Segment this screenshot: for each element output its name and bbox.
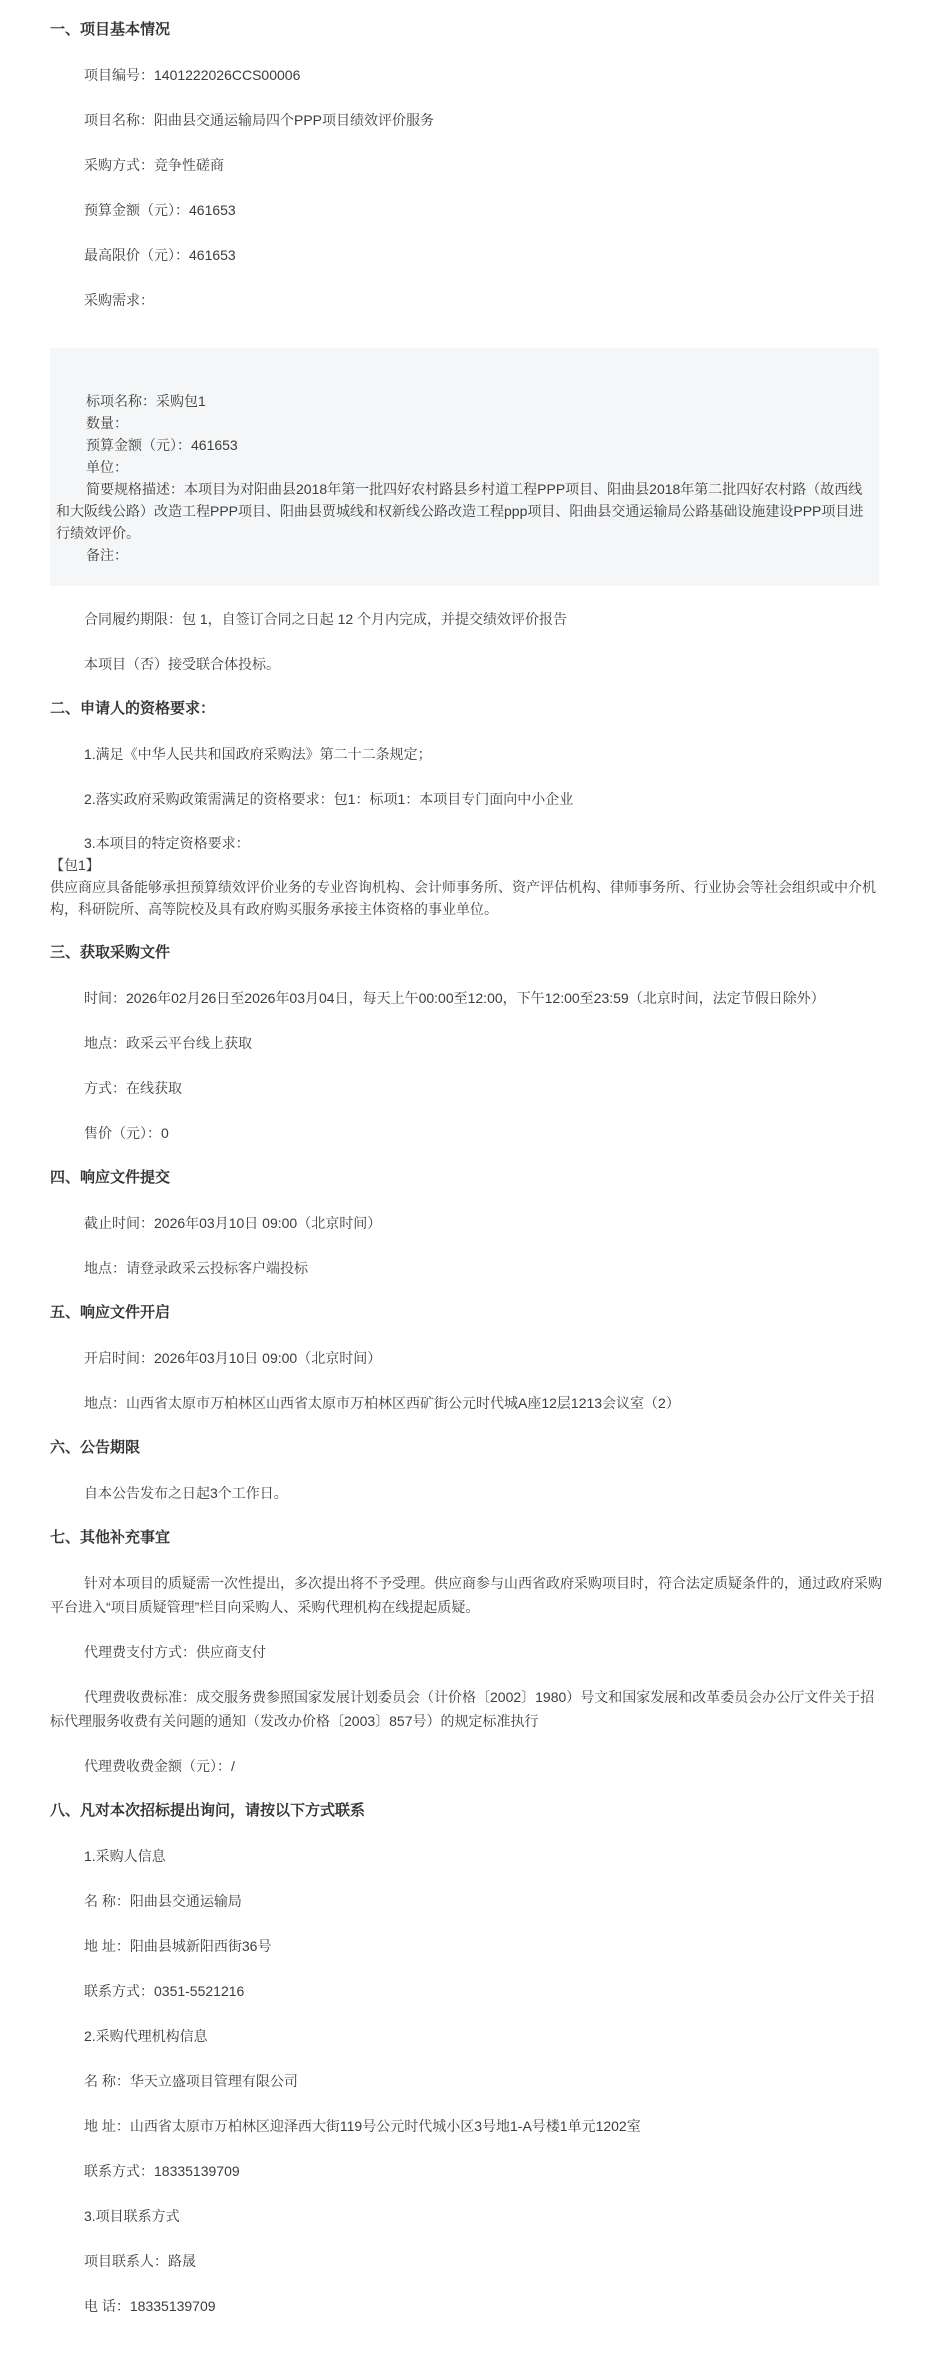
section-6-heading: 六、公告期限 <box>50 1436 885 1460</box>
agency-fee-standard: 代理费收费标准：成交服务费参照国家发展计划委员会（计价格〔2002〕1980）号… <box>50 1685 885 1733</box>
buyer-contact: 联系方式：0351-5521216 <box>50 1979 885 2003</box>
bid-item-unit: 单位： <box>56 456 873 478</box>
opening-time: 开启时间：2026年03月10日 09:00（北京时间） <box>50 1346 885 1370</box>
purchase-method: 采购方式：竞争性磋商 <box>50 153 885 177</box>
agency-address: 地 址：山西省太原市万柏林区迎泽西大街119号公元时代城小区3号地1-A号楼1单… <box>50 2114 885 2138</box>
announcement-period: 自本公告发布之日起3个工作日。 <box>50 1481 885 1505</box>
qualification-item-3-package: 【包1】 <box>50 854 885 876</box>
buyer-info-heading: 1.采购人信息 <box>50 1844 885 1868</box>
section-3-heading: 三、获取采购文件 <box>50 941 885 965</box>
agency-contact: 联系方式：18335139709 <box>50 2159 885 2183</box>
section-5-heading: 五、响应文件开启 <box>50 1301 885 1325</box>
query-rules: 针对本项目的质疑需一次性提出，多次提出将不予受理。供应商参与山西省政府采购项目时… <box>50 1571 885 1619</box>
bid-item-quantity: 数量： <box>56 412 873 434</box>
qualification-item-1: 1.满足《中华人民共和国政府采购法》第二十二条规定； <box>50 742 885 766</box>
project-number: 项目编号：1401222026CCS00006 <box>50 63 885 87</box>
qualification-item-2: 2.落实政府采购政策需满足的资格要求：包1：标项1：本项目专门面向中小企业 <box>50 787 885 811</box>
qualification-item-3-label: 3.本项目的特定资格要求： <box>50 832 885 854</box>
document-price: 售价（元）：0 <box>50 1121 885 1145</box>
buyer-address: 地 址：阳曲县城新阳西街36号 <box>50 1934 885 1958</box>
section-2-heading: 二、申请人的资格要求： <box>50 697 885 721</box>
budget-amount: 预算金额（元）：461653 <box>50 198 885 222</box>
package-detail-box: 标项名称：采购包1 数量： 预算金额（元）：461653 单位： 简要规格描述：… <box>50 348 879 586</box>
agency-info-heading: 2.采购代理机构信息 <box>50 2024 885 2048</box>
section-8-heading: 八、凡对本次招标提出询问，请按以下方式联系 <box>50 1799 885 1823</box>
section-1-heading: 一、项目基本情况 <box>50 18 885 42</box>
submission-deadline: 截止时间：2026年03月10日 09:00（北京时间） <box>50 1211 885 1235</box>
agency-fee-amount: 代理费收费金额（元）：/ <box>50 1754 885 1778</box>
qualification-item-3: 3.本项目的特定资格要求： 【包1】 供应商应具备能够承担预算绩效评价业务的专业… <box>50 832 885 920</box>
project-contact-heading: 3.项目联系方式 <box>50 2204 885 2228</box>
section-4-heading: 四、响应文件提交 <box>50 1166 885 1190</box>
document-time: 时间：2026年02月26日至2026年03月04日，每天上午00:00至12:… <box>50 986 885 1010</box>
announcement-page: 一、项目基本情况 项目编号：1401222026CCS00006 项目名称：阳曲… <box>0 0 935 2358</box>
bid-item-spec-description: 简要规格描述：本项目为对阳曲县2018年第一批四好农村路县乡村道工程PPP项目、… <box>56 478 873 544</box>
max-price: 最高限价（元）：461653 <box>50 243 885 267</box>
document-method: 方式：在线获取 <box>50 1076 885 1100</box>
agency-name: 名 称：华天立盛项目管理有限公司 <box>50 2069 885 2093</box>
buyer-name: 名 称：阳曲县交通运输局 <box>50 1889 885 1913</box>
section-7-heading: 七、其他补充事宜 <box>50 1526 885 1550</box>
qualification-item-3-text: 供应商应具备能够承担预算绩效评价业务的专业咨询机构、会计师事务所、资产评估机构、… <box>50 876 885 920</box>
agency-fee-payment: 代理费支付方式：供应商支付 <box>50 1640 885 1664</box>
document-place: 地点：政采云平台线上获取 <box>50 1031 885 1055</box>
joint-bid-statement: 本项目（否）接受联合体投标。 <box>50 652 885 676</box>
contract-term: 合同履约期限：包 1，自签订合同之日起 12 个月内完成，并提交绩效评价报告 <box>50 607 885 631</box>
bid-item-name: 标项名称：采购包1 <box>56 390 873 412</box>
bid-item-remark: 备注： <box>56 544 873 566</box>
project-contact-phone: 电 话：18335139709 <box>50 2294 885 2318</box>
project-contact-person: 项目联系人：路晟 <box>50 2249 885 2273</box>
purchase-demand-label: 采购需求： <box>50 288 885 312</box>
submission-place: 地点：请登录政采云投标客户端投标 <box>50 1256 885 1280</box>
announcement-document: 一、项目基本情况 项目编号：1401222026CCS00006 项目名称：阳曲… <box>0 18 935 2358</box>
bid-item-budget: 预算金额（元）：461653 <box>56 434 873 456</box>
project-name: 项目名称：阳曲县交通运输局四个PPP项目绩效评价服务 <box>50 108 885 132</box>
opening-place: 地点：山西省太原市万柏林区山西省太原市万柏林区西矿街公元时代城A座12层1213… <box>50 1391 885 1415</box>
